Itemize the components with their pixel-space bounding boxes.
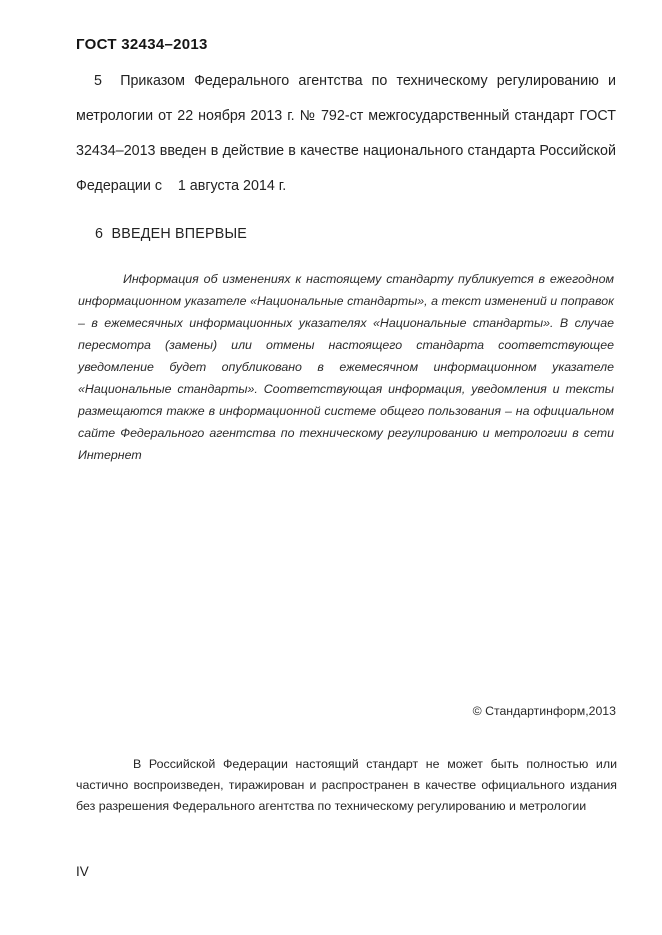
clause-5-adoption-text: 5 Приказом Федерального агентства по тех… xyxy=(76,64,616,204)
page-number: IV xyxy=(76,864,89,879)
amendments-information-note: Информация об изменениях к настоящему ст… xyxy=(78,268,614,466)
document-page: ГОСТ 32434–2013 5 Приказом Федерального … xyxy=(0,0,662,935)
copyright-notice: © Стандартинформ,2013 xyxy=(76,704,616,718)
reproduction-restriction-text: В Российской Федерации настоящий стандар… xyxy=(76,754,617,817)
standard-number-header: ГОСТ 32434–2013 xyxy=(76,36,616,53)
clause-6-introduced-heading: 6 ВВЕДЕН ВПЕРВЫЕ xyxy=(95,226,615,242)
